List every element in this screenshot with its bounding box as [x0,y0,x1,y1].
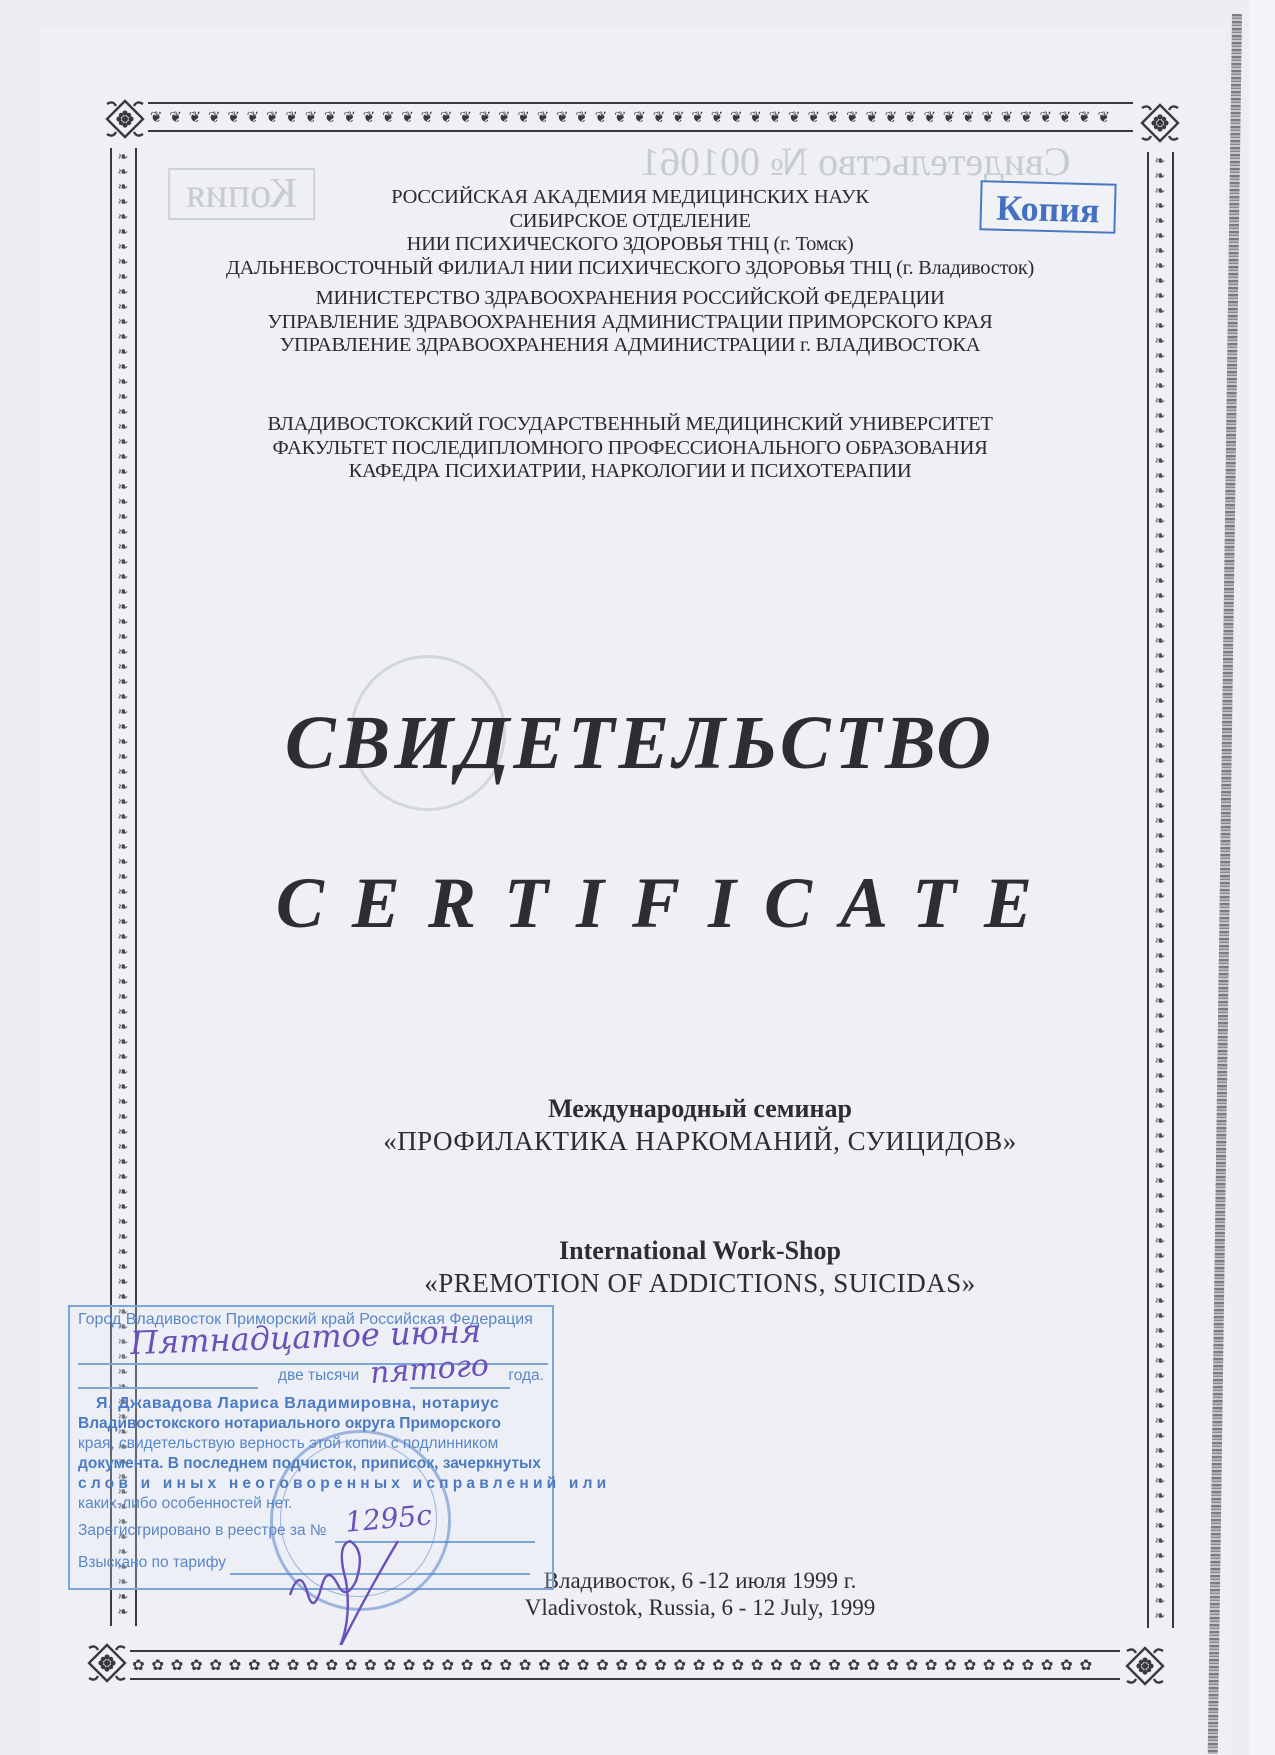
org-line: УПРАВЛЕНИЕ ЗДРАВООХРАНЕНИЯ АДМИНИСТРАЦИИ… [110,311,1150,335]
seminar-label-en: International Work-Shop [180,1236,1220,1266]
org-line: РОССИЙСКАЯ АКАДЕМИЯ МЕДИЦИНСКИХ НАУК [110,186,1150,210]
notary-rule [78,1387,258,1389]
corner-ornament-icon [1137,100,1183,146]
organizations-group-university: ВЛАДИВОСТОКСКИЙ ГОСУДАРСТВЕННЫЙ МЕДИЦИНС… [110,413,1150,484]
scan-margin [1250,0,1275,1755]
notary-text-line: Владивостокского нотариального округа Пр… [78,1415,544,1433]
corner-ornament-icon [102,96,148,142]
organizations-group-academy: РОССИЙСКАЯ АКАДЕМИЯ МЕДИЦИНСКИХ НАУК СИБ… [110,186,1150,280]
seminar-label-ru: Международный семинар [180,1094,1220,1124]
seminar-name-en: «PREMOTION OF ADDICTIONS, SUICIDAS» [180,1267,1220,1299]
notary-year-prefix: две тысячи [278,1367,359,1385]
corner-ornament-icon [1122,1643,1168,1689]
org-line: КАФЕДРА ПСИХИАТРИИ, НАРКОЛОГИИ И ПСИХОТЕ… [110,460,1150,484]
frame-top-ornament: ❦ ❦ ❦ ❦ ❦ ❦ ❦ ❦ ❦ ❦ ❦ ❦ ❦ ❦ ❦ ❦ ❦ ❦ ❦ ❦ … [150,108,1130,126]
org-line: ДАЛЬНЕВОСТОЧНЫЙ ФИЛИАЛ НИИ ПСИХИЧЕСКОГО … [110,257,1150,281]
notary-signature-icon [280,1525,420,1645]
frame-top-outer-rule [148,102,1133,104]
frame-bottom-inner-rule [130,1678,1120,1680]
org-line: НИИ ПСИХИЧЕСКОГО ЗДОРОВЬЯ ТНЦ (г. Томск) [110,233,1150,257]
frame-top-inner-rule [148,130,1133,132]
bleed-through-title: Свидетельство № 001061 [640,138,1071,185]
frame-bottom-ornament: ✿ ✿ ✿ ✿ ✿ ✿ ✿ ✿ ✿ ✿ ✿ ✿ ✿ ✿ ✿ ✿ ✿ ✿ ✿ ✿ … [132,1656,1117,1674]
org-line: ВЛАДИВОСТОКСКИЙ ГОСУДАРСТВЕННЫЙ МЕДИЦИНС… [110,413,1150,437]
corner-ornament-icon [84,1640,130,1686]
seminar-name-ru: «ПРОФИЛАКТИКА НАРКОМАНИЙ, СУИЦИДОВ» [180,1125,1220,1157]
frame-bottom-outer-rule [130,1650,1120,1652]
certificate-title-ru: СВИДЕТЕЛЬСТВО [140,700,1140,787]
org-line: УПРАВЛЕНИЕ ЗДРАВООХРАНЕНИЯ АДМИНИСТРАЦИИ… [110,334,1150,358]
org-line: ФАКУЛЬТЕТ ПОСЛЕДИПЛОМНОГО ПРОФЕССИОНАЛЬН… [110,437,1150,461]
certificate-title-en: CERTIFICATE [140,862,1168,945]
organizations-group-ministry: МИНИСТЕРСТВО ЗДРАВООХРАНЕНИЯ РОССИЙСКОЙ … [110,287,1150,358]
org-line: СИБИРСКОЕ ОТДЕЛЕНИЕ [110,210,1150,234]
org-line: МИНИСТЕРСТВО ЗДРАВООХРАНЕНИЯ РОССИЙСКОЙ … [110,287,1150,311]
notary-year-suffix: года. [508,1367,544,1385]
notary-text-line: Я, Джавадова Лариса Владимировна, нотари… [78,1395,544,1413]
frame-right-inner-rule [1172,152,1174,1628]
